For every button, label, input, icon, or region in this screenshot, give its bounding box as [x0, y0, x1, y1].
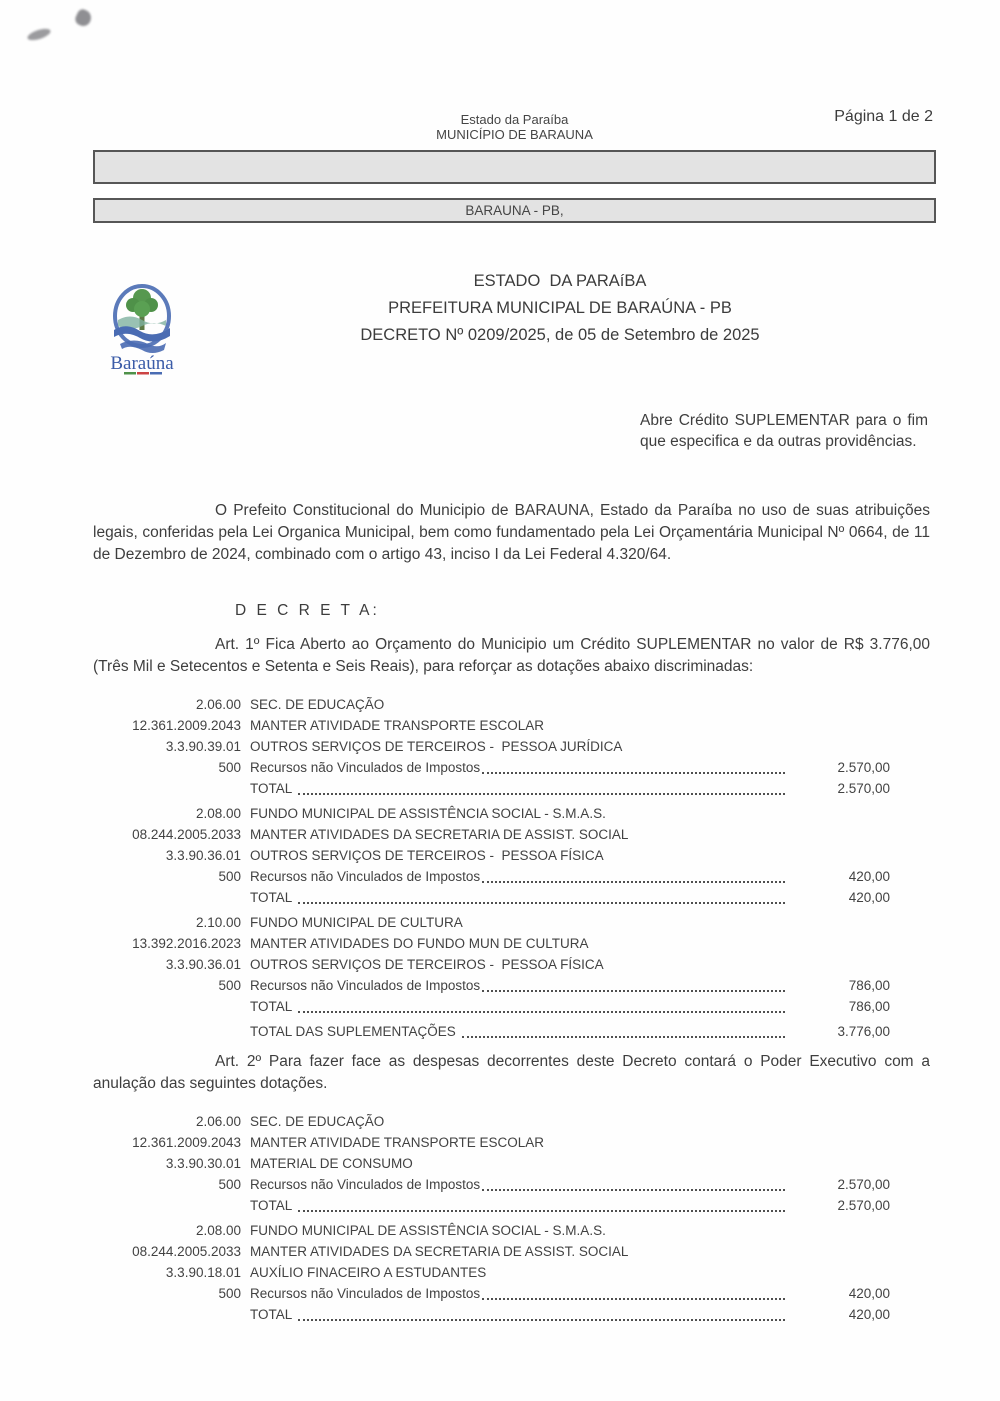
supplement-tables: 2.06.00 SEC. DE EDUCAÇÃO 12.361.2009.204… — [0, 694, 1000, 1042]
budget-description: MANTER ATIVIDADES DO FUNDO MUN DE CULTUR… — [250, 933, 589, 954]
budget-row: TOTAL 2.570,00 — [93, 778, 890, 799]
budget-description: MANTER ATIVIDADES DA SECRETARIA DE ASSIS… — [250, 824, 628, 845]
budget-description: FUNDO MUNICIPAL DE CULTURA — [250, 912, 463, 933]
budget-row: 500 Recursos não Vinculados de Impostos … — [93, 757, 890, 778]
budget-row: 2.08.00 FUNDO MUNICIPAL DE ASSISTÊNCIA S… — [93, 1220, 890, 1241]
budget-description: MATERIAL DE CONSUMO — [250, 1153, 413, 1174]
budget-code: 2.08.00 — [93, 803, 241, 824]
scanned-decree-page: Estado da Paraíba MUNICÍPIO DE BARAUNA P… — [0, 0, 1000, 1401]
budget-row: 08.244.2005.2033 MANTER ATIVIDADES DA SE… — [93, 1241, 890, 1262]
budget-code: 500 — [93, 1174, 241, 1195]
budget-row: 3.3.90.18.01 AUXÍLIO FINACEIRO A ESTUDAN… — [93, 1262, 890, 1283]
budget-code: 500 — [93, 757, 241, 778]
budget-description: TOTAL — [250, 778, 296, 799]
budget-code: 08.244.2005.2033 — [93, 1241, 241, 1262]
dotted-leader — [482, 1189, 785, 1191]
dotted-leader — [298, 1011, 785, 1013]
supplement-block-social: 2.08.00 FUNDO MUNICIPAL DE ASSISTÊNCIA S… — [93, 803, 890, 908]
budget-row: TOTAL 2.570,00 — [93, 1195, 890, 1216]
dotted-leader — [482, 990, 785, 992]
budget-code: 500 — [93, 866, 241, 887]
barauna-crest-icon: Baraúna — [104, 280, 180, 376]
budget-description: TOTAL — [250, 1195, 296, 1216]
budget-row: 2.10.00 FUNDO MUNICIPAL DE CULTURA — [93, 912, 890, 933]
budget-row: 08.244.2005.2033 MANTER ATIVIDADES DA SE… — [93, 824, 890, 845]
budget-row: 12.361.2009.2043 MANTER ATIVIDADE TRANSP… — [93, 715, 890, 736]
budget-description: MANTER ATIVIDADE TRANSPORTE ESCOLAR — [250, 715, 544, 736]
dotted-leader — [298, 1210, 785, 1212]
dotted-leader — [298, 793, 785, 795]
decree-title-block: ESTADO DA PARAíBA PREFEITURA MUNICIPAL D… — [240, 268, 880, 349]
budget-row: 12.361.2009.2043 MANTER ATIVIDADE TRANSP… — [93, 1132, 890, 1153]
budget-description: OUTROS SERVIÇOS DE TERCEIROS - PESSOA FÍ… — [250, 845, 604, 866]
budget-row: 500 Recursos não Vinculados de Impostos … — [93, 866, 890, 887]
document-header: Estado da Paraíba MUNICÍPIO DE BARAUNA P… — [93, 0, 936, 142]
article-1-paragraph: Art. 1º Fica Aberto ao Orçamento do Muni… — [93, 634, 930, 678]
budget-description: OUTROS SERVIÇOS DE TERCEIROS - PESSOA JU… — [250, 736, 622, 757]
dotted-leader — [482, 1298, 785, 1300]
budget-code: 13.392.2016.2023 — [93, 933, 241, 954]
budget-value: 420,00 — [785, 1283, 890, 1304]
preamble-paragraph: O Prefeito Constitucional do Municipio d… — [93, 500, 930, 566]
budget-description: SEC. DE EDUCAÇÃO — [250, 694, 384, 715]
budget-code: 3.3.90.30.01 — [93, 1153, 241, 1174]
budget-code: 08.244.2005.2033 — [93, 824, 241, 845]
budget-code: 500 — [93, 1283, 241, 1304]
budget-description: TOTAL — [250, 996, 296, 1017]
city-stamp-bar: BARAUNA - PB, — [93, 198, 936, 223]
budget-row: 500 Recursos não Vinculados de Impostos … — [93, 975, 890, 996]
budget-code: 3.3.90.39.01 — [93, 736, 241, 757]
budget-value: 2.570,00 — [785, 1195, 890, 1216]
budget-code: 12.361.2009.2043 — [93, 1132, 241, 1153]
logo-city-name: Baraúna — [110, 353, 174, 374]
budget-row: TOTAL 420,00 — [93, 1304, 890, 1325]
grand-total-value: 3.776,00 — [785, 1021, 890, 1042]
header-identification: Estado da Paraíba MUNICÍPIO DE BARAUNA — [93, 112, 936, 142]
title-state: ESTADO DA PARAíBA — [240, 268, 880, 295]
budget-code: 3.3.90.36.01 — [93, 845, 241, 866]
budget-description: MANTER ATIVIDADE TRANSPORTE ESCOLAR — [250, 1132, 544, 1153]
grand-total-label: TOTAL DAS SUPLEMENTAÇÕES — [250, 1021, 460, 1042]
budget-value: 2.570,00 — [785, 757, 890, 778]
budget-code: 2.08.00 — [93, 1220, 241, 1241]
budget-description: Recursos não Vinculados de Impostos — [250, 1174, 480, 1195]
budget-code: 2.06.00 — [93, 1111, 241, 1132]
article-2-paragraph: Art. 2º Para fazer face as despesas deco… — [93, 1051, 930, 1095]
budget-description: TOTAL — [250, 887, 296, 908]
budget-code: 3.3.90.18.01 — [93, 1262, 241, 1283]
budget-row: 13.392.2016.2023 MANTER ATIVIDADES DO FU… — [93, 933, 890, 954]
budget-row: TOTAL 786,00 — [93, 996, 890, 1017]
title-prefeitura: PREFEITURA MUNICIPAL DE BARAÚNA - PB — [240, 295, 880, 322]
budget-value: 420,00 — [785, 887, 890, 908]
blank-header-bar — [93, 150, 936, 184]
budget-row: 3.3.90.39.01 OUTROS SERVIÇOS DE TERCEIRO… — [93, 736, 890, 757]
decreta-heading: D E C R E T A: — [235, 602, 1000, 620]
budget-description: OUTROS SERVIÇOS DE TERCEIROS - PESSOA FÍ… — [250, 954, 604, 975]
budget-description: Recursos não Vinculados de Impostos — [250, 1283, 480, 1304]
budget-row: 2.06.00 SEC. DE EDUCAÇÃO — [93, 694, 890, 715]
budget-code: 3.3.90.36.01 — [93, 954, 241, 975]
budget-code: 500 — [93, 975, 241, 996]
budget-code: 12.361.2009.2043 — [93, 715, 241, 736]
budget-value: 420,00 — [785, 1304, 890, 1325]
decree-summary: Abre Crédito SUPLEMENTAR para o fim que … — [640, 410, 928, 452]
budget-row: TOTAL 420,00 — [93, 887, 890, 908]
dotted-leader — [482, 772, 785, 774]
budget-code: 2.10.00 — [93, 912, 241, 933]
budget-row: 2.06.00 SEC. DE EDUCAÇÃO — [93, 1111, 890, 1132]
dotted-leader — [482, 881, 785, 883]
budget-row: TOTAL DAS SUPLEMENTAÇÕES 3.776,00 — [93, 1021, 890, 1042]
annulment-block-education: 2.06.00 SEC. DE EDUCAÇÃO 12.361.2009.204… — [93, 1111, 890, 1216]
budget-value: 786,00 — [785, 996, 890, 1017]
budget-description: AUXÍLIO FINACEIRO A ESTUDANTES — [250, 1262, 486, 1283]
title-decree-number: DECRETO Nº 0209/2025, de 05 de Setembro … — [240, 322, 880, 349]
supplement-grand-total: TOTAL DAS SUPLEMENTAÇÕES 3.776,00 — [93, 1021, 890, 1042]
dotted-leader — [462, 1036, 785, 1038]
budget-row: 3.3.90.36.01 OUTROS SERVIÇOS DE TERCEIRO… — [93, 954, 890, 975]
budget-description: Recursos não Vinculados de Impostos — [250, 866, 480, 887]
budget-description: FUNDO MUNICIPAL DE ASSISTÊNCIA SOCIAL - … — [250, 803, 606, 824]
city-logo: Baraúna — [104, 280, 180, 381]
supplement-block-culture: 2.10.00 FUNDO MUNICIPAL DE CULTURA 13.39… — [93, 912, 890, 1017]
budget-code: 2.06.00 — [93, 694, 241, 715]
supplement-block-education: 2.06.00 SEC. DE EDUCAÇÃO 12.361.2009.204… — [93, 694, 890, 799]
budget-description: FUNDO MUNICIPAL DE ASSISTÊNCIA SOCIAL - … — [250, 1220, 606, 1241]
budget-row: 2.08.00 FUNDO MUNICIPAL DE ASSISTÊNCIA S… — [93, 803, 890, 824]
budget-row: 3.3.90.30.01 MATERIAL DE CONSUMO — [93, 1153, 890, 1174]
annulment-tables: 2.06.00 SEC. DE EDUCAÇÃO 12.361.2009.204… — [0, 1111, 1000, 1325]
annulment-block-social: 2.08.00 FUNDO MUNICIPAL DE ASSISTÊNCIA S… — [93, 1220, 890, 1325]
dotted-leader — [298, 902, 785, 904]
scan-smudge — [26, 27, 52, 43]
budget-row: 500 Recursos não Vinculados de Impostos … — [93, 1174, 890, 1195]
title-section: Baraúna ESTADO DA PARAíBA PREFEITURA MUN… — [0, 268, 1000, 380]
budget-value: 786,00 — [785, 975, 890, 996]
budget-row: 3.3.90.36.01 OUTROS SERVIÇOS DE TERCEIRO… — [93, 845, 890, 866]
budget-row: 500 Recursos não Vinculados de Impostos … — [93, 1283, 890, 1304]
header-state-line: Estado da Paraíba — [93, 112, 936, 127]
budget-description: Recursos não Vinculados de Impostos — [250, 975, 480, 996]
page-number: Página 1 de 2 — [834, 108, 933, 126]
budget-description: MANTER ATIVIDADES DA SECRETARIA DE ASSIS… — [250, 1241, 628, 1262]
scan-smudge — [73, 8, 93, 29]
budget-value: 420,00 — [785, 866, 890, 887]
budget-description: SEC. DE EDUCAÇÃO — [250, 1111, 384, 1132]
budget-value: 2.570,00 — [785, 778, 890, 799]
header-municipality-line: MUNICÍPIO DE BARAUNA — [93, 127, 936, 142]
budget-description: TOTAL — [250, 1304, 296, 1325]
budget-description: Recursos não Vinculados de Impostos — [250, 757, 480, 778]
budget-value: 2.570,00 — [785, 1174, 890, 1195]
dotted-leader — [298, 1319, 785, 1321]
